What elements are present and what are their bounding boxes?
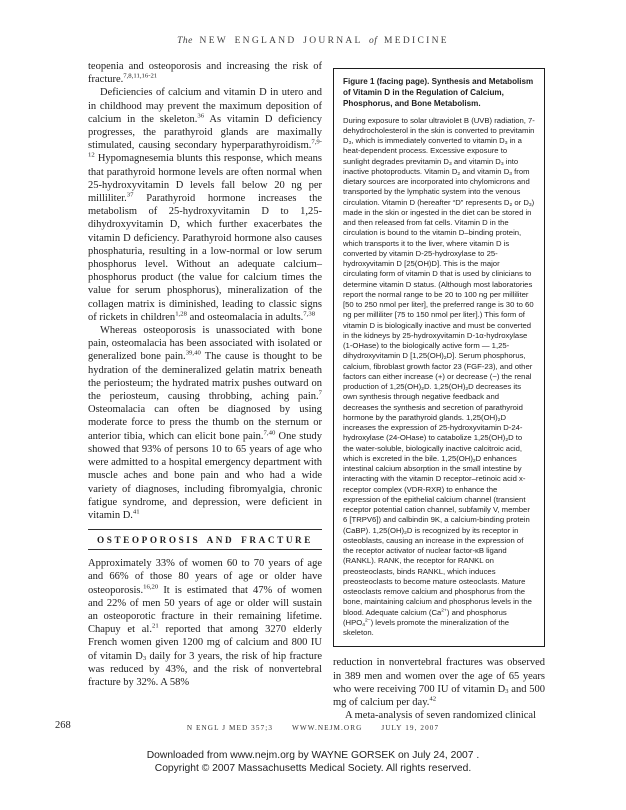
masthead-of: of [369, 36, 377, 46]
body-paragraph: A meta-analysis of seven randomized clin… [333, 709, 545, 722]
masthead-title-part2: MEDICINE [384, 36, 449, 46]
body-paragraph: Whereas osteoporosis is unassociated wit… [88, 324, 322, 522]
citation-volume: N ENGL J MED 357;3 [187, 724, 273, 732]
copyright-line: Copyright © 2007 Massachusetts Medical S… [0, 763, 626, 776]
right-column: Figure 1 (facing page). Synthesis and Me… [333, 60, 545, 722]
download-line: Downloaded from www.nejm.org by WAYNE GO… [0, 750, 626, 763]
figure-label: Figure 1 (facing page). [343, 77, 429, 86]
masthead-the: The [177, 36, 193, 46]
section-heading-osteoporosis-and-fracture: OSTEOPOROSIS AND FRACTURE [88, 529, 322, 550]
body-paragraph: Approximately 33% of women 60 to 70 year… [88, 557, 322, 689]
left-column: teopenia and osteoporosis and increasing… [88, 60, 322, 722]
figure-legend-text: During exposure to solar ultraviolet B (… [343, 116, 535, 639]
body-paragraph: teopenia and osteoporosis and increasing… [88, 60, 322, 86]
journal-citation-line: N ENGL J MED 357;3 WWW.NEJM.ORG JULY 19,… [0, 724, 626, 732]
masthead-title-part1: NEW ENGLAND JOURNAL [200, 36, 363, 46]
citation-website: WWW.NEJM.ORG [292, 724, 362, 732]
journal-masthead: The NEW ENGLAND JOURNAL of MEDICINE [0, 36, 626, 46]
article-body: teopenia and osteoporosis and increasing… [88, 60, 545, 722]
body-paragraph: Deficiencies of calcium and vitamin D in… [88, 86, 322, 324]
figure-title: Figure 1 (facing page). Synthesis and Me… [343, 76, 535, 110]
citation-date: JULY 19, 2007 [381, 724, 439, 732]
journal-page: The NEW ENGLAND JOURNAL of MEDICINE teop… [0, 0, 626, 810]
download-notice: Downloaded from www.nejm.org by WAYNE GO… [0, 750, 626, 776]
body-paragraph: reduction in nonvertebral fractures was … [333, 656, 545, 709]
figure-1-legend-box: Figure 1 (facing page). Synthesis and Me… [333, 68, 545, 647]
